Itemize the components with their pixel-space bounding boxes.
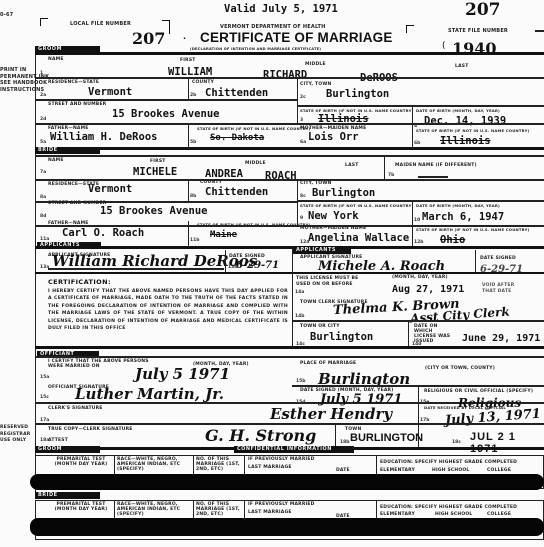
bride-county-label: COUNTY: [200, 180, 222, 185]
local-file-label: LOCAL FILE NUMBER: [70, 21, 131, 27]
field-num: 10: [414, 218, 420, 223]
bride-dob-label: DATE OF BIRTH (MONTH, DAY, YEAR): [416, 203, 500, 208]
bride-middle-label: MIDDLE: [245, 161, 266, 166]
margin-line: SEE HANDBOOK: [0, 80, 49, 87]
attest-signature: G. H. Strong: [205, 426, 316, 445]
field-num: 11b: [190, 238, 199, 243]
margin-line: USE ONLY: [0, 438, 30, 445]
groom-middle-label: MIDDLE: [305, 62, 326, 67]
conf-groom-tag: GROOM: [35, 446, 100, 453]
groom-date-signed: 6-29-71: [236, 260, 279, 271]
rule: [244, 500, 245, 518]
groom-mother-birth: Illinois: [440, 135, 491, 147]
bride-maiden-label: MAIDEN NAME (IF DIFFERENT): [395, 163, 477, 168]
bride-last-label: LAST: [345, 163, 358, 168]
bride-father-birth: Maine: [210, 230, 237, 240]
groom-mother-birth-label: STATE OF BIRTH (IF NOT IN U.S. NAME COUN…: [416, 128, 529, 133]
rule: [188, 221, 189, 247]
form-code: 0-67: [0, 12, 13, 18]
field-num: 8a: [40, 195, 46, 200]
bride-top-rule: [35, 147, 544, 150]
bride-father: Carl O. Roach: [62, 227, 144, 239]
field-num: 6a: [300, 140, 306, 145]
groom-last-label: LAST: [455, 64, 468, 69]
rule: [244, 455, 245, 475]
clerk-sig-label: CLERK'S SIGNATURE: [48, 406, 103, 411]
applicants-top-rule: [35, 246, 544, 249]
field-num: 1: [40, 71, 43, 76]
bride-mother-birth-label: STATE OF BIRTH (IF NOT IN U.S. NAME COUN…: [416, 227, 529, 232]
field-num: 8b: [190, 194, 196, 199]
field-num: 2c: [300, 95, 306, 100]
bride-street: 15 Brookes Avenue: [100, 205, 207, 217]
dot-mark: ·: [183, 34, 186, 43]
rule: [35, 356, 544, 358]
groom-name-label: NAME: [48, 57, 64, 62]
state-file-number: 1940: [452, 39, 497, 58]
top-right-number: 207: [465, 0, 501, 20]
field-num: 14b: [295, 314, 304, 319]
groom-section-tag: GROOM: [35, 46, 100, 53]
col-college: COLLEGE: [487, 512, 511, 517]
field-num: 14a: [295, 290, 304, 295]
col-race: RACE—WHITE, NEGRO, AMERICAN INDIAN, ETC …: [117, 457, 193, 472]
rule: [114, 500, 115, 518]
rule: [114, 455, 115, 475]
groom-street-label: STREET AND NUMBER: [48, 102, 106, 107]
rule: [35, 123, 544, 125]
bride-mother-label: MOTHER—MAIDEN NAME: [300, 226, 366, 231]
groom-county-label: COUNTY: [192, 80, 214, 85]
local-file-bracket-left: [40, 18, 48, 26]
bride-father-label: FATHER—NAME: [48, 221, 89, 226]
bride-dob: March 6, 1947: [422, 211, 504, 223]
groom-city: Burlington: [326, 88, 389, 100]
rule: [225, 250, 226, 272]
groom-county: Chittenden: [205, 87, 268, 99]
license-town: Burlington: [310, 331, 373, 343]
col-no-marriage: NO. OF THIS MARRIAGE (1ST, 2ND, ETC): [196, 457, 244, 472]
field-num: 5a: [40, 140, 46, 145]
married-on-date: July 5 1971: [135, 365, 230, 383]
bride-birth-state-label: STATE OF BIRTH (IF NOT IN U.S. NAME COUN…: [300, 203, 413, 208]
field-num: 12b: [414, 240, 423, 245]
field-num: 2b: [190, 93, 196, 98]
col-elementary: ELEMENTARY: [380, 468, 415, 473]
registrar-note: RESERVED REGISTRAR USE ONLY: [0, 425, 30, 445]
field-num: 18c: [452, 440, 461, 445]
groom-first-label: FIRST: [180, 58, 196, 63]
field-num: 15b: [296, 379, 305, 384]
bride-mother: Angelina Wallace: [308, 232, 409, 244]
license-expiry-label: THIS LICENSE MUST BE USED ON OR BEFORE: [296, 276, 366, 287]
certificate-title: CERTIFICATE OF MARRIAGE: [200, 30, 393, 45]
rule: [297, 105, 544, 107]
groom-middle-name: RICHARD: [263, 69, 307, 81]
col-premarital: PREMARITAL TEST (MONTH DAY YEAR): [48, 502, 114, 512]
bride-residence-state: Vermont: [88, 183, 132, 195]
conf-bride-tag: BRIDE: [35, 492, 100, 499]
field-num: 18b: [340, 440, 349, 445]
rule: [475, 250, 476, 272]
license-mdy-label: (MONTH, DAY, YEAR): [392, 275, 448, 280]
attest-label: ATTEST: [48, 438, 68, 443]
col-prev-married: IF PREVIOUSLY MARRIED: [248, 457, 315, 462]
officiant-top-rule: [35, 346, 544, 349]
certification-title: CERTIFICATION:: [48, 278, 111, 286]
bride-mother-birth: Ohio: [440, 234, 465, 246]
groom-date-signed-label: DATE SIGNED: [229, 254, 265, 259]
bride-first-label: FIRST: [150, 159, 166, 164]
field-num: 15a: [40, 375, 49, 380]
officiant-signature: Luther Martin, Jr.: [75, 385, 224, 403]
field-num: 15c: [40, 395, 49, 400]
bride-first-name: MICHELE: [133, 166, 177, 178]
bride-birth-state: New York: [308, 210, 359, 222]
certificate-subtitle: (DECLARATION OF INTENTION AND MARRIAGE C…: [190, 47, 321, 51]
state-received-stamp: JUL 2 1 1971: [470, 431, 544, 455]
rule: [35, 155, 544, 157]
col-high-school: HIGH SCHOOL: [435, 512, 473, 517]
col-elementary: ELEMENTARY: [380, 512, 415, 517]
rule: [297, 179, 298, 227]
religious-civil-label: RELIGIOUS OR CIVIL OFFICIAL (SPECIFY): [424, 389, 534, 394]
license-expiry-date: Aug 27, 1971: [392, 284, 464, 295]
rule: [376, 500, 377, 518]
redaction-bar-bride: [30, 518, 544, 536]
field-num: 8c: [300, 194, 306, 199]
groom-street: 15 Brookes Avenue: [112, 108, 219, 120]
bride-section-tag: BRIDE: [35, 147, 100, 154]
state-file-bracket-right: [535, 30, 544, 32]
field-num: 9: [300, 216, 303, 221]
groom-father-birth: So. Dakota: [210, 133, 264, 143]
groom-dob-label: DATE OF BIRTH (MONTH, DAY, YEAR): [416, 108, 500, 113]
rule: [35, 423, 544, 425]
groom-city-label: CITY, TOWN: [300, 82, 331, 87]
applicants-section-tag-bride: APPLICANTS: [293, 247, 351, 254]
town-label: TOWN OR CITY: [300, 324, 340, 329]
field-num: 7a: [40, 170, 46, 175]
field-num: 18a: [40, 438, 49, 443]
col-high-school: HIGH SCHOOL: [432, 468, 470, 473]
col-college: COLLEGE: [487, 468, 511, 473]
rule: [35, 77, 544, 79]
bride-father-birth-label: STATE OF BIRTH (IF NOT IN U.S. NAME COUN…: [197, 222, 310, 227]
bride-city-label: CITY, TOWN: [300, 181, 331, 186]
license-void-label: VOID AFTER THAT DATE: [482, 283, 522, 294]
col-last-marriage: LAST MARRIAGE: [248, 465, 292, 470]
groom-residence-label: RESIDENCE—STATE: [48, 80, 99, 85]
rule: [292, 246, 293, 346]
town-stamp: BURLINGTON: [350, 432, 423, 444]
bride-date-signed-label: DATE SIGNED: [480, 256, 516, 261]
groom-residence-state: Vermont: [88, 86, 132, 98]
col-no-marriage: NO. OF THIS MARRIAGE (1ST, 2ND, ETC): [196, 502, 244, 517]
rule: [408, 320, 409, 346]
groom-father-birth-label: STATE OF BIRTH (IF NOT IN U.S. NAME COUN…: [197, 126, 310, 131]
rule: [193, 455, 194, 475]
rule: [384, 155, 385, 179]
groom-dob: Dec. 14, 1939: [424, 115, 506, 127]
col-race: RACE—WHITE, NEGRO, AMERICAN INDIAN, ETC …: [117, 502, 193, 517]
clerk-signature: Esther Hendry: [270, 405, 392, 423]
rule: [35, 99, 298, 101]
true-copy-label: TRUE COPY—CLERK SIGNATURE: [48, 427, 133, 432]
field-num: 8d: [40, 214, 46, 219]
bride-county: Chittenden: [205, 186, 268, 198]
margin-line: RESERVED: [0, 425, 30, 432]
groom-father: William H. DeRoos: [50, 131, 157, 143]
state-file-bracket-left: [406, 25, 414, 33]
rule: [35, 179, 544, 181]
local-file-number: 207: [132, 29, 165, 48]
place-of-marriage-label: PLACE OF MARRIAGE: [300, 361, 356, 366]
rule: [35, 272, 544, 274]
rule: [48, 268, 224, 270]
certification-text: I HEREBY CERTIFY THAT THE ABOVE NAMED PE…: [48, 288, 288, 332]
field-num: 7b: [388, 173, 394, 178]
col-date: DATE: [336, 468, 350, 473]
redaction-bar-groom: [30, 474, 544, 490]
rule: [376, 455, 377, 475]
state-file-label: STATE FILE NUMBER: [448, 28, 508, 34]
valid-stamp: Valid July 5, 1971: [224, 3, 338, 15]
paren-mark: (: [442, 41, 446, 51]
bride-city: Burlington: [312, 187, 375, 199]
field-num: 2a: [40, 93, 46, 98]
bride-name-label: NAME: [48, 158, 64, 163]
col-education: EDUCATION: SPECIFY HIGHEST GRADE COMPLET…: [380, 460, 517, 465]
place-sub-label: (CITY OR TOWN, COUNTY): [425, 366, 495, 371]
field-num: 2d: [40, 117, 46, 122]
field-num: 5b: [190, 140, 196, 145]
groom-mother: Lois Orr: [308, 131, 359, 143]
rule: [335, 423, 336, 447]
confidential-section-tag: CONFIDENTIAL INFORMATION: [234, 446, 354, 453]
bride-street-label: STREET AND NUMBER: [48, 201, 106, 206]
bride-maiden-blank: [418, 176, 448, 178]
col-last-marriage: LAST MARRIAGE: [248, 510, 292, 515]
rule: [193, 500, 194, 518]
license-issued-label: DATE ON WHICH LICENSE WAS ISSUED: [414, 324, 454, 344]
field-num: 6b: [414, 141, 420, 146]
rule: [297, 200, 544, 202]
col-education: EDUCATION: SPECIFY HIGHEST GRADE COMPLET…: [380, 505, 517, 510]
col-prev-married: IF PREVIOUSLY MARRIED: [248, 502, 315, 507]
groom-top-rule: [35, 52, 544, 55]
license-issued-date: June 29, 1971: [462, 333, 540, 344]
applicants-section-tag-groom: APPLICANTS: [37, 242, 101, 249]
rule: [292, 320, 544, 322]
col-premarital: PREMARITAL TEST (MONTH DAY YEAR): [48, 457, 114, 467]
